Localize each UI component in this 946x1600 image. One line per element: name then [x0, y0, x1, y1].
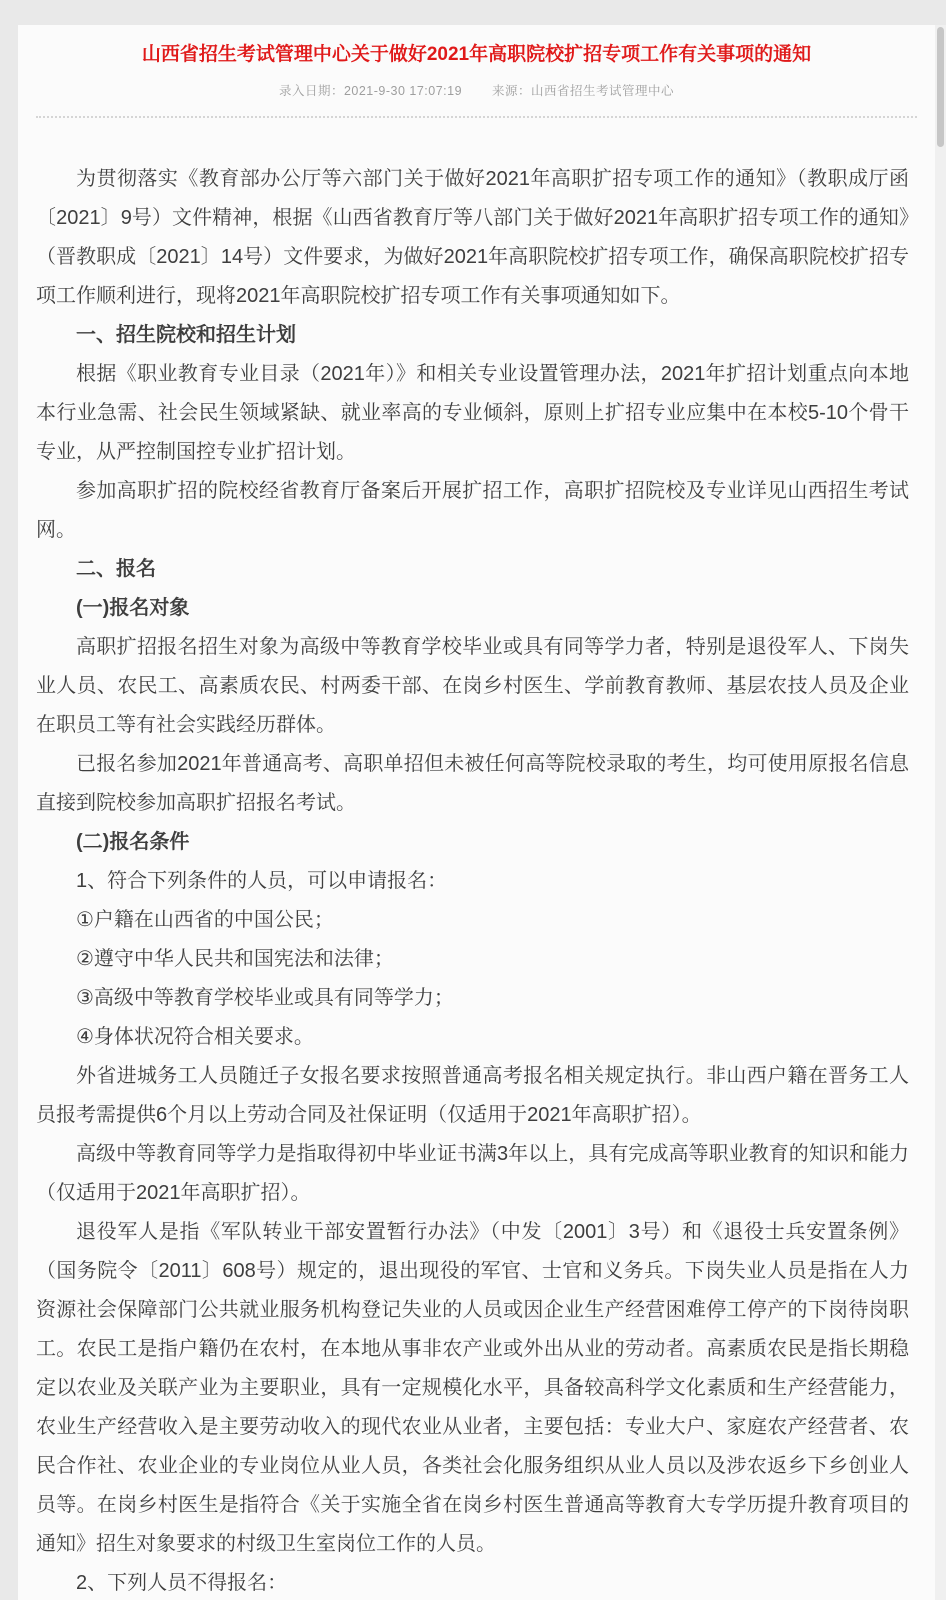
list-item: ④身体状况符合相关要求。 [36, 1018, 909, 1057]
notice-title: 山西省招生考试管理中心关于做好2021年高职院校扩招专项工作有关事项的通知 [73, 40, 880, 70]
dotted-divider [36, 116, 917, 118]
notice-page: 山西省招生考试管理中心关于做好2021年高职院校扩招专项工作有关事项的通知 录入… [18, 25, 935, 1600]
list-item: ②遵守中华人民共和国宪法和法律； [36, 940, 909, 979]
entry-date: 录入日期：2021-9-30 17:07:19 [279, 84, 462, 98]
paragraph: 高级中等教育同等学力是指取得初中毕业证书满3年以上，具有完成高等职业教育的知识和… [36, 1135, 909, 1213]
paragraph: 外省进城务工人员随迁子女报名要求按照普通高考报名相关规定执行。非山西户籍在晋务工… [36, 1057, 909, 1135]
doc-body: 为贯彻落实《教育部办公厅等六部门关于做好2021年高职扩招专项工作的通知》（教职… [36, 160, 909, 1600]
doc-header: 山西省招生考试管理中心关于做好2021年高职院校扩招专项工作有关事项的通知 录入… [18, 25, 935, 118]
list-item: ③高级中等教育学校毕业或具有同等学力； [36, 979, 909, 1018]
scrollbar-track [935, 25, 946, 1600]
paragraph: 1、符合下列条件的人员，可以申请报名： [36, 862, 909, 901]
source: 来源：山西省招生考试管理中心 [492, 84, 674, 98]
section-heading: 二、报名 [36, 550, 909, 589]
paragraph: 退役军人是指《军队转业干部安置暂行办法》（中发〔2001〕3号）和《退役士兵安置… [36, 1213, 909, 1564]
paragraph: 为贯彻落实《教育部办公厅等六部门关于做好2021年高职扩招专项工作的通知》（教职… [36, 160, 909, 316]
scrollbar-thumb[interactable] [937, 27, 944, 147]
paragraph: 高职扩招报名招生对象为高级中等教育学校毕业或具有同等学力者，特别是退役军人、下岗… [36, 628, 909, 745]
paragraph: 已报名参加2021年普通高考、高职单招但未被任何高等院校录取的考生，均可使用原报… [36, 745, 909, 823]
paragraph: 2、下列人员不得报名： [36, 1564, 909, 1600]
section-heading: 一、招生院校和招生计划 [36, 316, 909, 355]
sub-heading: (一)报名对象 [36, 589, 909, 628]
list-item: ①户籍在山西省的中国公民； [36, 901, 909, 940]
doc-meta: 录入日期：2021-9-30 17:07:19 来源：山西省招生考试管理中心 [18, 81, 935, 99]
paragraph: 参加高职扩招的院校经省教育厅备案后开展扩招工作，高职扩招院校及专业详见山西招生考… [36, 472, 909, 550]
sub-heading: (二)报名条件 [36, 823, 909, 862]
paragraph: 根据《职业教育专业目录（2021年）》和相关专业设置管理办法，2021年扩招计划… [36, 355, 909, 472]
